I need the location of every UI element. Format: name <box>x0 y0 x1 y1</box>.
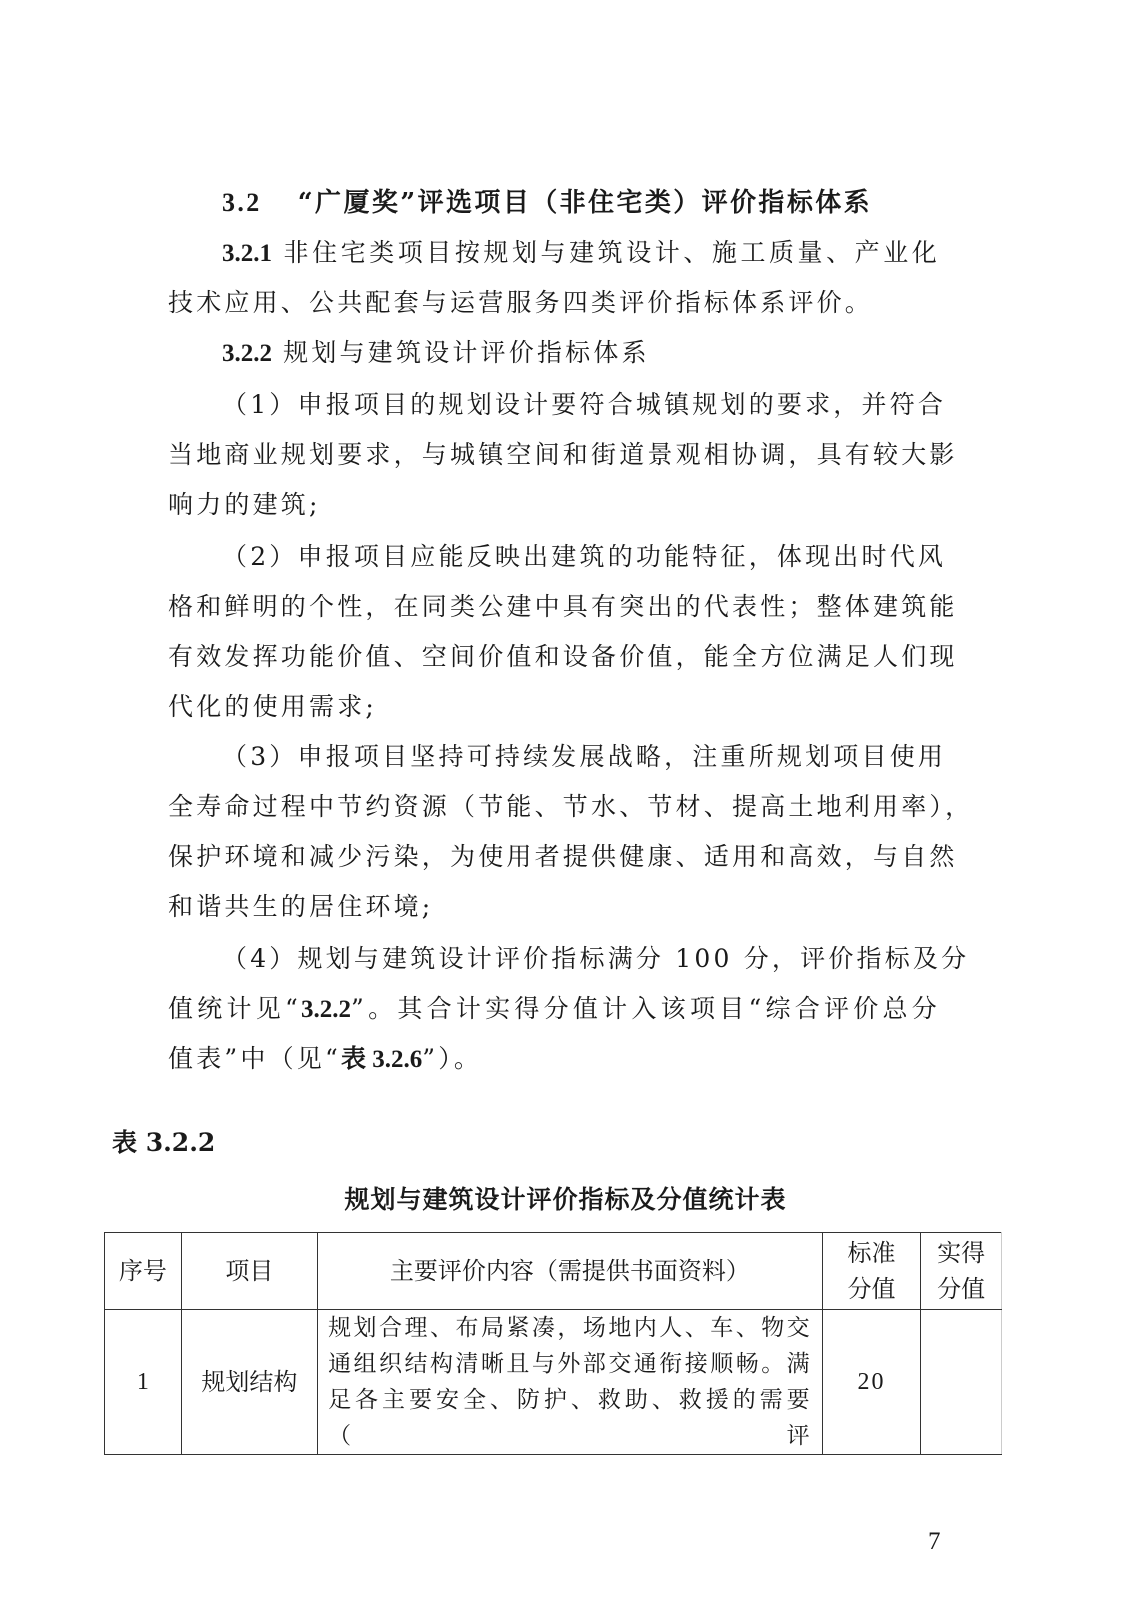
section-heading: 3.2“广厦奖”评选项目（非住宅类）评价指标体系 <box>222 188 872 218</box>
subsection-title: 规划与建筑设计评价指标体系 <box>283 338 650 367</box>
table-label: 表 3.2.2 <box>112 1128 215 1158</box>
header-standard-score: 标准 分值 <box>822 1233 921 1310</box>
item-4-line-2: 值统计见“3.2.2”。其合计实得分值计入该项目“综合评价总分 <box>168 994 940 1025</box>
item-3-line-2: 全寿命过程中节约资源（节能、节水、节材、提高土地利用率）， <box>168 792 940 822</box>
header-content: 主要评价内容（需提供书面资料） <box>318 1233 823 1310</box>
item-2-line-2: 格和鲜明的个性，在同类公建中具有突出的代表性；整体建筑能 <box>168 592 940 622</box>
paragraph-3-2-1-line-2: 技术应用、公共配套与运营服务四类评价指标体系评价。 <box>168 288 873 318</box>
text: ”）。 <box>422 1044 482 1073</box>
table-reference-3-2-6: 表 3.2.6 <box>341 1046 422 1073</box>
clause-number-3-2-1: 3.2.1 <box>222 240 272 267</box>
item-3-line-3: 保护环境和减少污染，为使用者提供健康、适用和高效，与自然 <box>168 842 940 872</box>
header-item: 项目 <box>181 1233 317 1310</box>
cell-content: 规划合理、布局紧凑，场地内人、车、物交 通组织结构清晰且与外部交通衔接顺畅。满 … <box>318 1310 823 1455</box>
evaluation-table: 序号 项目 主要评价内容（需提供书面资料） 标准 分值 实得 分值 1 规划结构… <box>104 1232 1002 1455</box>
text: 值统计见“ <box>168 994 301 1023</box>
table-title: 规划与建筑设计评价指标及分值统计表 <box>0 1180 1131 1216</box>
header-text: 实得 <box>921 1235 1001 1271</box>
text: 值表”中（见“ <box>168 1044 341 1073</box>
item-4-line-1: （4）规划与建筑设计评价指标满分 100 分，评价指标及分 <box>222 944 940 974</box>
subsection-3-2-2-heading: 3.2.2 规划与建筑设计评价指标体系 <box>222 338 650 369</box>
header-text: 标准 <box>823 1235 921 1271</box>
header-text: 分值 <box>823 1271 921 1307</box>
item-1-line-1: （1）申报项目的规划设计要符合城镇规划的要求，并符合 <box>222 390 940 420</box>
item-4-line-3: 值表”中（见“表 3.2.6”）。 <box>168 1044 482 1075</box>
table-label-text: 表 3.2.2 <box>112 1128 215 1157</box>
table-header-row: 序号 项目 主要评价内容（需提供书面资料） 标准 分值 实得 分值 <box>105 1233 1002 1310</box>
header-seq: 序号 <box>105 1233 182 1310</box>
cell-actual-score <box>921 1310 1002 1455</box>
page-number: 7 <box>928 1528 941 1556</box>
document-page: 3.2“广厦奖”评选项目（非住宅类）评价指标体系 3.2.1 非住宅类项目按规划… <box>0 0 1131 1600</box>
item-3-line-1: （3）申报项目坚持可持续发展战略，注重所规划项目使用 <box>222 742 940 772</box>
cell-seq: 1 <box>105 1310 182 1455</box>
content-line: 规划合理、布局紧凑，场地内人、车、物交 <box>328 1310 812 1346</box>
item-1-line-2: 当地商业规划要求，与城镇空间和街道景观相协调，具有较大影 <box>168 440 940 470</box>
item-2-line-4: 代化的使用需求; <box>168 692 377 722</box>
clause-number-3-2-2: 3.2.2 <box>222 340 272 367</box>
item-2-line-1: （2）申报项目应能反映出建筑的功能特征，体现出时代风 <box>222 542 940 572</box>
content-line: 足各主要安全、防护、救助、救援的需要（评 <box>328 1382 812 1454</box>
section-title: “广厦奖”评选项目（非住宅类）评价指标体系 <box>298 188 872 218</box>
header-actual-score: 实得 分值 <box>921 1233 1002 1310</box>
item-3-line-4: 和谐共生的居住环境; <box>168 892 433 922</box>
text: ”。其合计实得分值计入该项目“综合评价总分 <box>351 994 940 1023</box>
paragraph-text: 非住宅类项目按规划与建筑设计、施工质量、产业化 <box>284 238 940 267</box>
paragraph-3-2-1-line-1: 3.2.1 非住宅类项目按规划与建筑设计、施工质量、产业化 <box>222 238 940 269</box>
content-line: 通组织结构清晰且与外部交通衔接顺畅。满 <box>328 1346 812 1382</box>
header-text: 分值 <box>921 1271 1001 1307</box>
table-reference-3-2-2: 3.2.2 <box>301 996 351 1023</box>
item-1-line-3: 响力的建筑; <box>168 490 321 520</box>
section-number: 3.2 <box>222 188 262 217</box>
cell-item: 规划结构 <box>181 1310 317 1455</box>
item-2-line-3: 有效发挥功能价值、空间价值和设备价值，能全方位满足人们现 <box>168 642 940 672</box>
table-row: 1 规划结构 规划合理、布局紧凑，场地内人、车、物交 通组织结构清晰且与外部交通… <box>105 1310 1002 1455</box>
cell-standard-score: 20 <box>822 1310 921 1455</box>
